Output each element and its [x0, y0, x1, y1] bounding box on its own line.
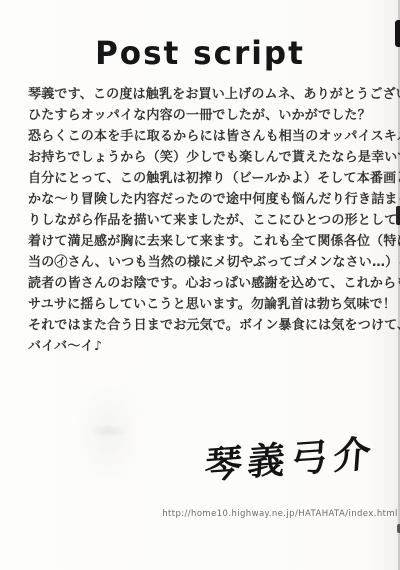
- afterword-text: 琴義です、この度は触乳をお買い上げのムネ、ありがとうございます。ひたすらオッパイ…: [28, 84, 366, 357]
- body-line: お持ちでしょうから（笑）少しでも楽しんで貰えたなら是幸いです。: [28, 147, 366, 168]
- scan-edge-artifact: [396, 206, 400, 225]
- body-line: 読者の皆さんのお陰です。心おっぱい感謝を込めて、これからもユ: [28, 273, 366, 294]
- body-line: ひたすらオッパイな内容の一冊でしたが、いかがでした？: [28, 105, 366, 126]
- website-url-text: http://home10.highway.ne.jp/HATAHATA/ind…: [0, 509, 400, 519]
- author-signature: 琴義弓介: [204, 435, 371, 484]
- body-line: 自分にとって、この触乳は初搾り（ビールかよ）そして本番画と、: [28, 168, 366, 189]
- scan-edge-artifact: [395, 20, 400, 47]
- body-line: りしながら作品を描いて来ましたが、ここにひとつの形として辿り: [28, 210, 366, 231]
- body-line: 琴義です、この度は触乳をお買い上げのムネ、ありがとうございます。: [28, 84, 366, 105]
- scanned-afterword-page: Post script 琴義です、この度は触乳をお買い上げのムネ、ありがとうござ…: [0, 0, 400, 570]
- body-line: サユサに揺らしていこうと思います。勿論乳首は勃ち気味で！: [28, 294, 366, 315]
- body-line: かな〜り冒険した内容だったので途中何度も悩んだり行き詰まった: [28, 189, 366, 210]
- body-line: 当の㋑さん、いつも当然の様にメ切やぶってゴメンなさい…）そして: [28, 252, 366, 273]
- body-line: それではまた合う日までお元気で。ボイン暴食には気をつけて、: [28, 315, 366, 336]
- body-line: 着けて満足感が胸に去来して来ます。これも全て関係各位（特に担: [28, 231, 366, 252]
- body-line: バイバ〜イ♪: [28, 336, 366, 357]
- scan-smudge: [88, 424, 130, 438]
- body-line: 恐らくこの本を手に取るからには皆さんも相当のオッパイスキルを: [28, 126, 366, 147]
- page-title: Post script: [0, 36, 400, 73]
